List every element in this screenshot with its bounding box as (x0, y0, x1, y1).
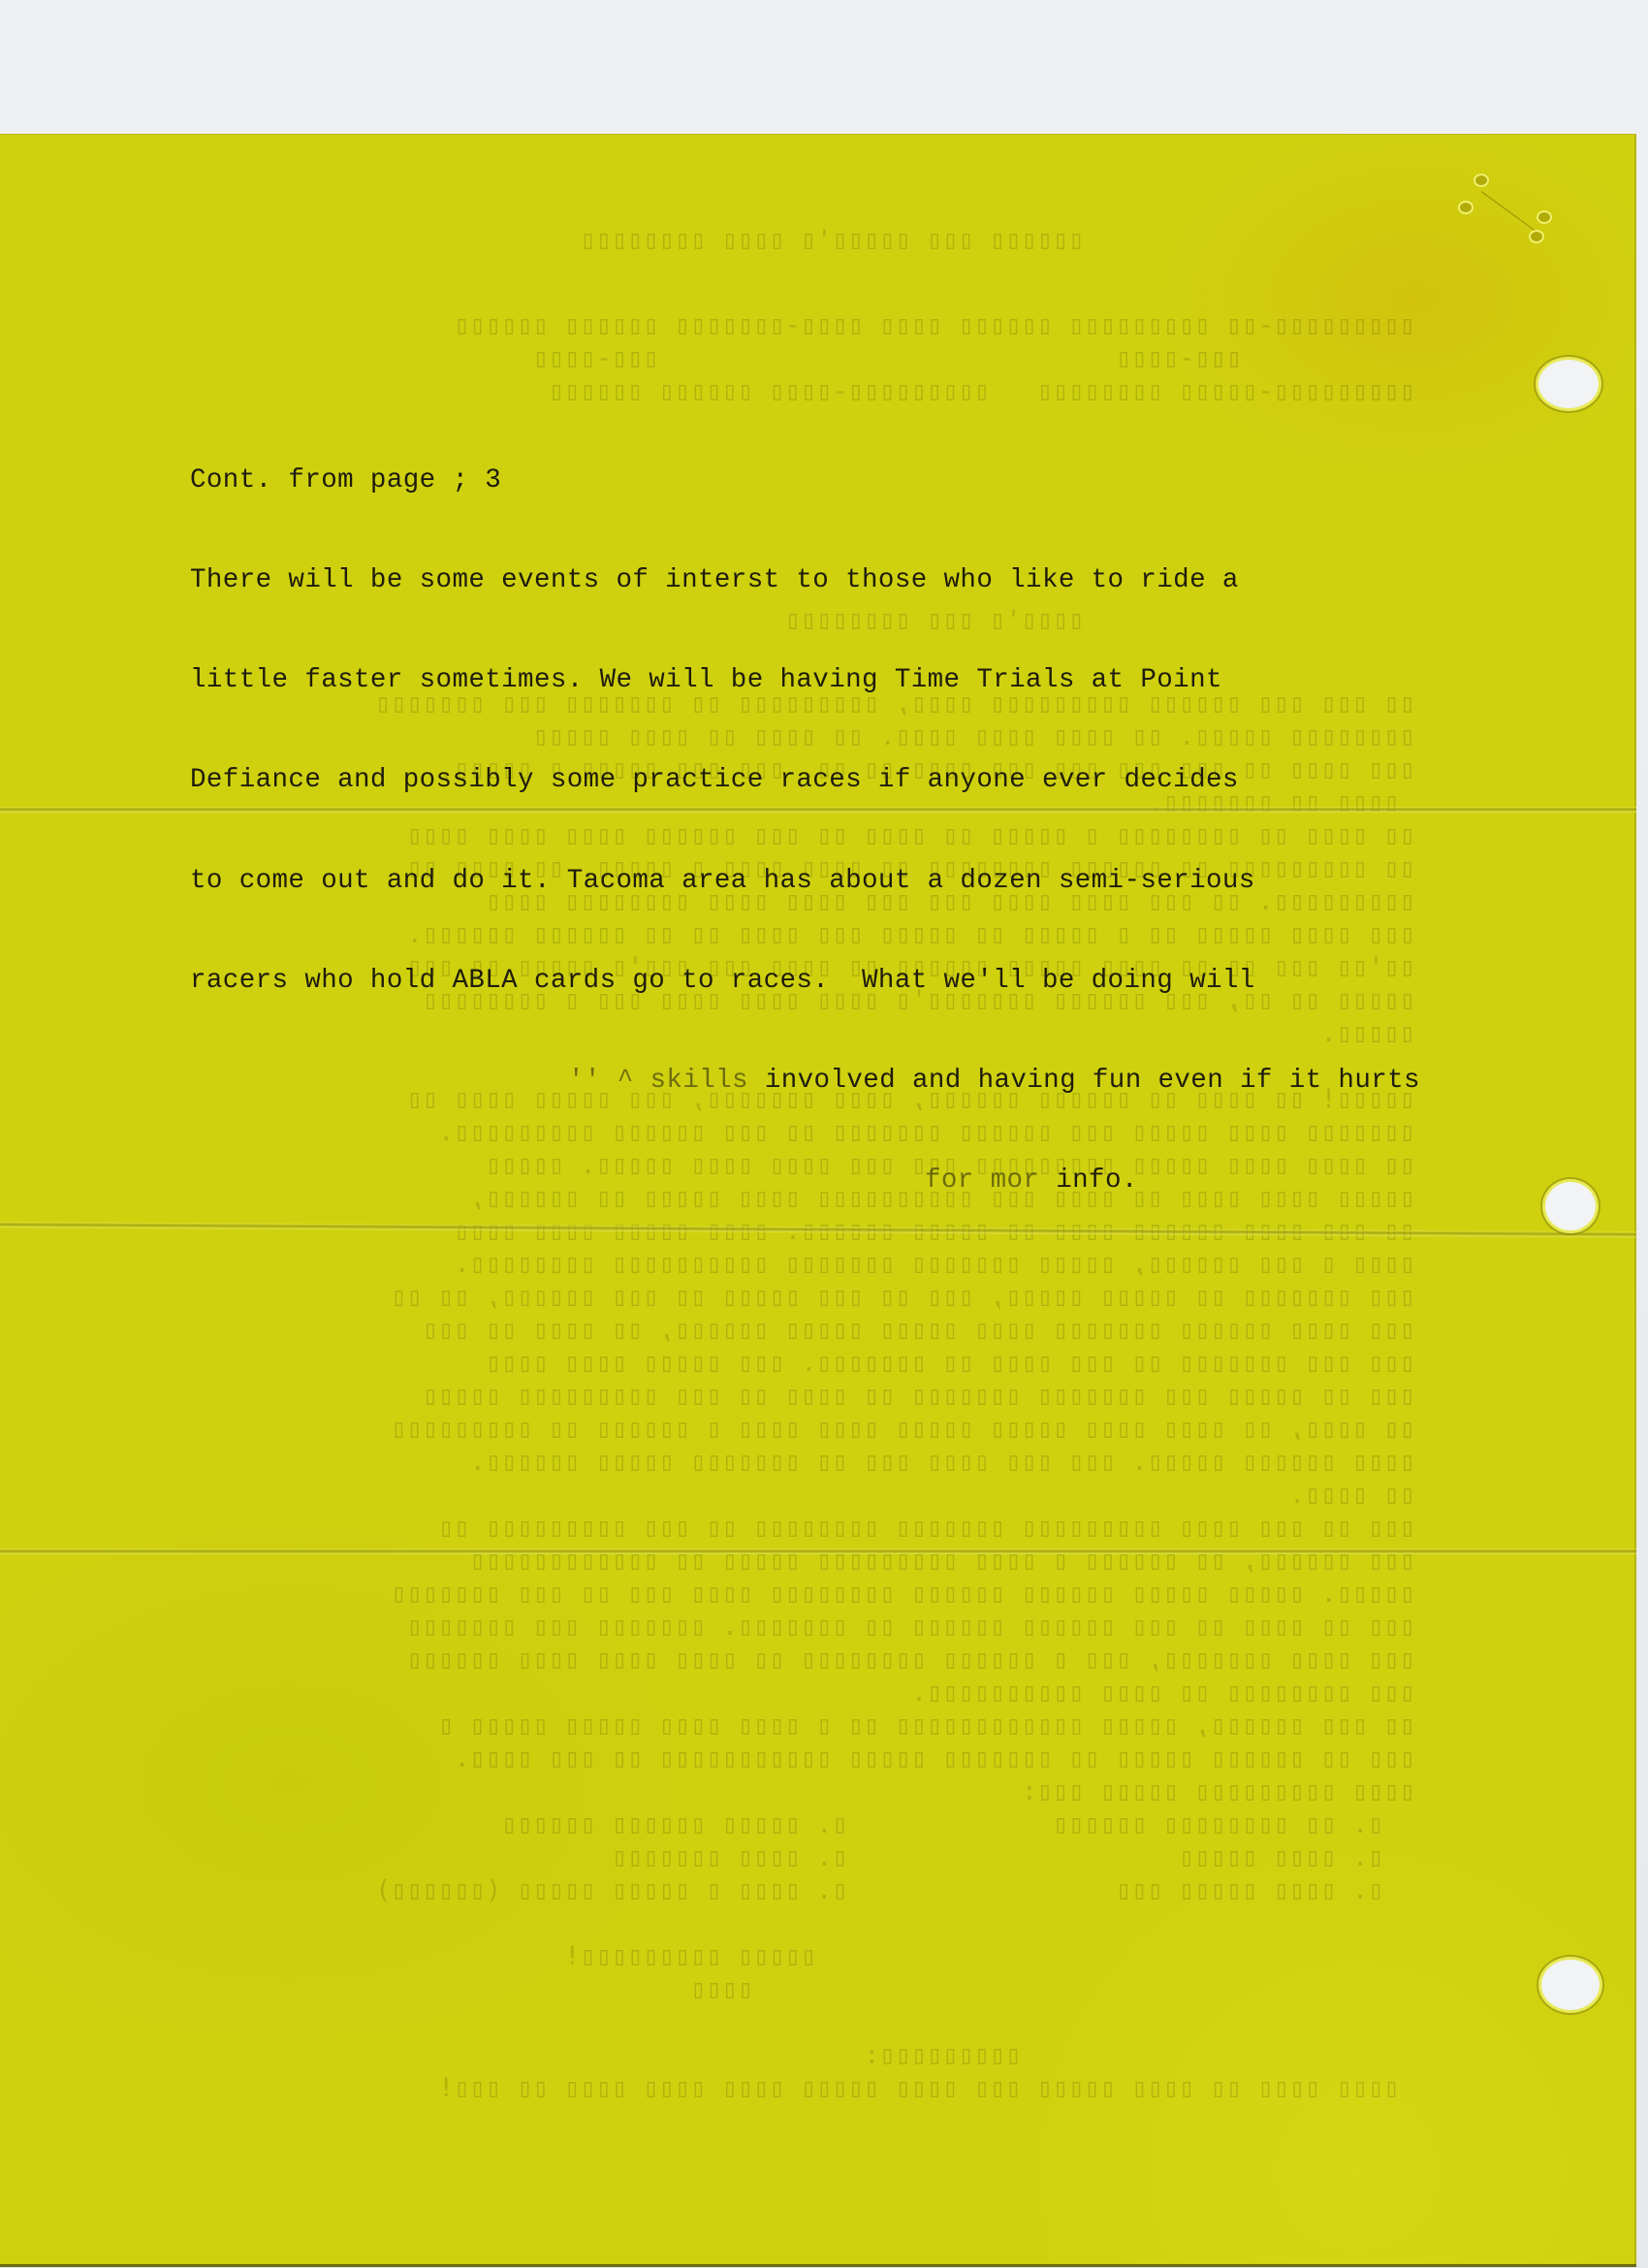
staple-scratch (1481, 191, 1536, 231)
typed-line: racers who hold ABLA cards go to races. … (190, 965, 1420, 998)
typed-line: There will be some events of interst to … (190, 564, 1420, 597)
typed-line-partial: for mor info. (190, 1165, 1420, 1198)
typed-line: Defiance and possibly some practice race… (190, 764, 1420, 797)
yellow-typewritten-page: ▯▯▯▯▯▯ ▯▯▯ ▯▯▯▯▯'▯ ▯▯▯▯ ▯▯▯▯▯▯▯▯ ▯▯▯▯▯▯▯… (0, 134, 1636, 2267)
punch-hole (1538, 360, 1599, 408)
staple-hole-icon (1529, 230, 1544, 243)
faded-typed-fragment: '' ^ skills (568, 1066, 748, 1096)
staple-hole-icon (1474, 174, 1489, 187)
fold-crease (0, 1549, 1636, 1554)
staple-hole-icon (1458, 201, 1474, 214)
continuation-header: Cont. from page ; 3 (190, 464, 1420, 497)
typed-line: to come out and do it. Tacoma area has a… (190, 865, 1420, 898)
typed-line: little faster sometimes. We will be havi… (190, 664, 1420, 697)
faded-typed-fragment: for mor (925, 1166, 1039, 1196)
typed-line-partial: '' ^ skills involved and having fun even… (190, 1065, 1420, 1098)
typed-fragment: info. (1039, 1166, 1137, 1196)
typed-continuation-text: Cont. from page ; 3 There will be some e… (190, 398, 1420, 1264)
punch-hole (1545, 1182, 1596, 1230)
punch-hole (1541, 1960, 1600, 2010)
staple-hole-icon (1537, 210, 1552, 224)
typed-fragment: involved and having fun even if it hurts (748, 1066, 1420, 1096)
